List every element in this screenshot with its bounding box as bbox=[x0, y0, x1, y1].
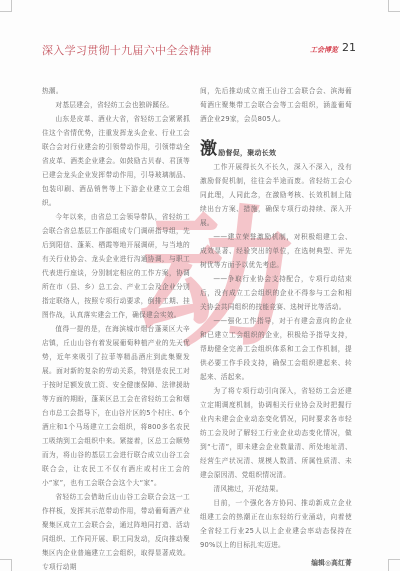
section-title: 励督促，聚动长效 bbox=[218, 148, 276, 158]
magazine-logo: 工会博览 bbox=[310, 45, 338, 55]
left-column: 热潮。 对基层建会，省轻纺工会也独辟蹊径。 山东是皮革、酒业大省，省轻纺工会紧紧… bbox=[42, 84, 190, 571]
paragraph: 间，先后推动成立南王山谷工会联合会、滨海葡萄酒庄聚集带工会联合会等工会组织，涵盖… bbox=[200, 84, 352, 126]
editor-byline: 编辑◎高红菁 bbox=[200, 556, 352, 570]
section-heading: 激 励督促，聚动长效 bbox=[200, 138, 352, 158]
section-initial: 激 bbox=[200, 140, 217, 158]
crop-mark-bottom-left bbox=[0, 559, 12, 571]
paragraph: 热潮。 bbox=[42, 84, 190, 98]
running-title: 深入学习贯彻十九届六中全会精神 bbox=[42, 42, 212, 58]
paragraph: 为了将专项行动引向深入，省轻纺工会还建立定期调度机制，协调相关行业协会及时把握行… bbox=[200, 384, 352, 482]
paragraph: 对基层建会，省轻纺工会也独辟蹊径。 bbox=[42, 98, 190, 112]
crop-mark-top-left bbox=[0, 0, 12, 12]
paragraph: ——建立荣誉激励机制，对积极组建工会、成效显著、经验突出的单位，在选树典型、评先… bbox=[200, 230, 352, 272]
paragraph: 山东是皮革、酒业大省，省轻纺工会紧紧抓住这个省情优势，注重发挥龙头企业、行业工会… bbox=[42, 112, 190, 210]
paragraph: 今年以来，由省总工会领导带队，省轻纺工会联合省总基层工作部组成专门调研指导组，先… bbox=[42, 210, 190, 322]
page-number: 21 bbox=[342, 41, 356, 54]
crop-mark-bottom-right bbox=[388, 559, 400, 571]
paragraph: 清风拂过，开花结果。 bbox=[200, 482, 352, 496]
paragraph: ——争取行业协会支持配合，专项行动结束后，没有成立工会组织的企业不得参与工会和相… bbox=[200, 272, 352, 314]
paragraph: 工作开展得长久不长久，深入不深入，没有激励督促机制，往往会半途而废。省轻纺工会心… bbox=[200, 160, 352, 230]
right-column: 间，先后推动成立南王山谷工会联合会、滨海葡萄酒庄聚集带工会联合会等工会组织，涵盖… bbox=[200, 84, 352, 570]
paragraph: 省轻纺工会借助丘山山谷工会联合会这一工作样板，发挥其示范带动作用，带动葡萄酒产业… bbox=[42, 490, 190, 571]
crop-mark-top-right bbox=[388, 0, 400, 12]
paragraph: ——强化工作指导，对于有建会意向的企业和已建立工会组织的企业，积极给予指导支持，… bbox=[200, 314, 352, 384]
paragraph: 目前，一个强化各方协同、推动新成立企业组建工会的热潮正在山东轻纺行业涌动，向着使… bbox=[200, 496, 352, 552]
page-header: 深入学习贯彻十九届六中全会精神 工会博览 21 bbox=[42, 40, 358, 56]
paragraph: 值得一提的是，在海滨城市烟台蓬莱区大辛店镇，丘山山谷有着发展葡萄种植产业的先天优… bbox=[42, 322, 190, 490]
